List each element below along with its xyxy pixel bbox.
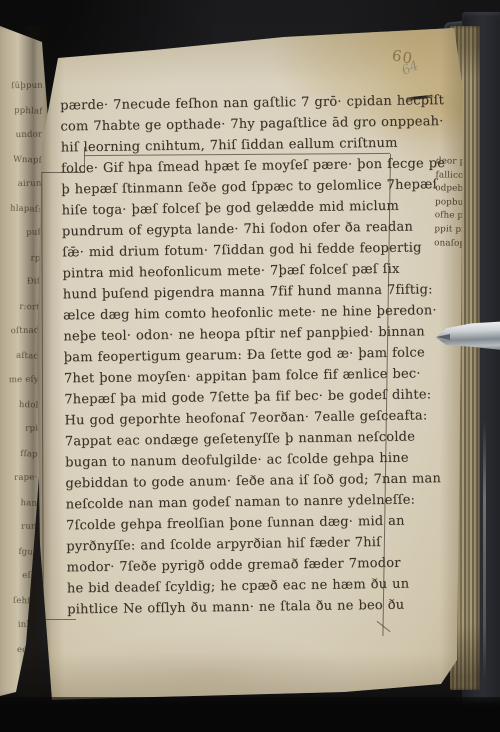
prev-page-text-fragment: inbſ	[0, 613, 36, 638]
prev-page-text-fragment: pphlaf	[3, 98, 43, 124]
prev-page-text-fragment: fguſ	[0, 539, 37, 565]
prev-page-text-fragment: ſehſe	[0, 588, 36, 614]
prev-page-text-fragment: oſtnad	[0, 319, 40, 344]
prev-page-text-fragment: hdol	[0, 392, 39, 418]
prev-page-text-fragment: airun	[2, 172, 42, 197]
main-text-block: pærde· 7necude feſhon nan gaſtlic 7 grō·…	[60, 90, 447, 620]
table-surface-shadow	[0, 697, 500, 732]
book-cover-edge	[483, 420, 486, 680]
text-line: pihtlice Ne ofſlyh ðu mann· ne ſtala ðu …	[67, 594, 447, 620]
prev-page-text-fragment: me eſy	[0, 368, 39, 393]
prev-page-text-fragment: rpi	[0, 417, 38, 442]
prev-page-text-fragment: Wnapſ	[2, 147, 42, 173]
manuscript-photo: ſūþpun pphlaf undor Wnapſ airun hlapaſ: …	[0, 0, 500, 732]
manuscript-page: 60 64 pærde· 7necude feſhon nan gaſtlic …	[34, 24, 466, 700]
prev-page-text-fragment: Ðiſ	[1, 270, 41, 295]
prev-page-text-fragment: rape·	[0, 466, 38, 491]
prev-page-text-fragment: rp	[1, 245, 41, 271]
prev-page-text-fragment: ſūþpun	[4, 74, 44, 99]
prev-page-text-fragment: hlapaſ:	[2, 196, 42, 222]
prev-page-text-fragment: r:ort	[0, 294, 40, 320]
prev-page-text-fragment: aſtad	[0, 343, 40, 369]
prev-page-text-fragment: eſe	[0, 564, 36, 589]
prev-page-text-fragment: fſap	[0, 441, 38, 467]
prev-page-text-fragment: run	[0, 515, 37, 540]
annotation-frame-left	[41, 172, 44, 620]
prev-page-text-fragment: puſ	[2, 221, 42, 246]
prev-page-text-fragment: undor	[3, 123, 43, 148]
prev-page-text-fragment: han	[0, 490, 38, 516]
prev-page-text-fragment: edir	[0, 637, 36, 663]
